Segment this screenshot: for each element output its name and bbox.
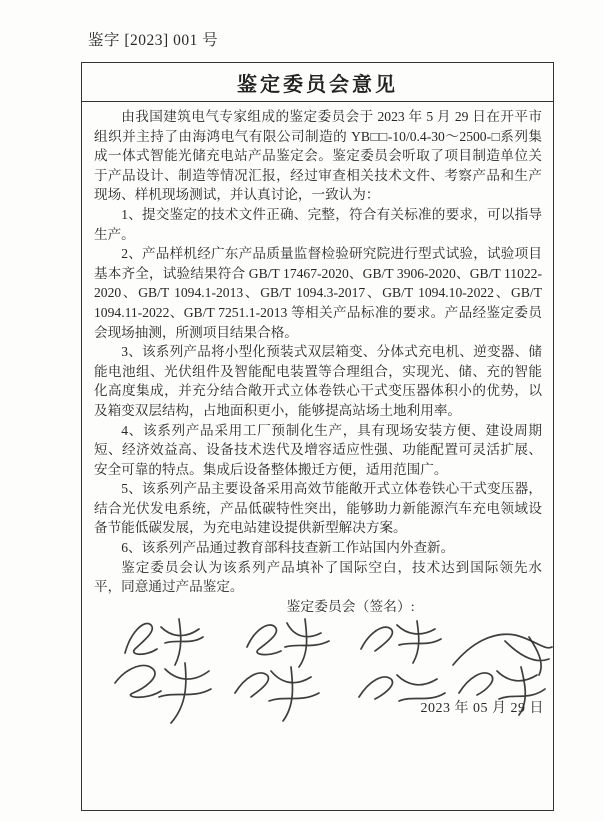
signature-5 bbox=[115, 663, 211, 723]
signature-4 bbox=[453, 634, 552, 675]
paragraph-item-4: 4、该系列产品采用工厂预制化生产，具有现场安装方便、建设周期短、经济效益高、设备… bbox=[94, 421, 542, 480]
paragraph-item-3: 3、该系列产品将小型化预装式双层箱变、分体式充电机、逆变器、储能电池组、光伏组件… bbox=[94, 342, 542, 420]
signature-2 bbox=[247, 619, 329, 667]
paragraph-item-6: 6、该系列产品通过教育部科技查新工作站国内外查新。 bbox=[94, 538, 542, 558]
opinion-table: 鉴定委员会意见 由我国建筑电气专家组成的鉴定委员会于 2023 年 5 月 29… bbox=[81, 62, 554, 811]
signature-6 bbox=[235, 667, 319, 721]
paragraph-intro: 由我国建筑电气专家组成的鉴定委员会于 2023 年 5 月 29 日在开平市组织… bbox=[94, 107, 542, 205]
paragraph-item-2: 2、产品样机经广东产品质量监督检验研究院进行型式试验，试验项目基本齐全，试验结果… bbox=[94, 244, 542, 342]
page-title: 鉴定委员会意见 bbox=[82, 63, 553, 102]
opinion-body: 由我国建筑电气专家组成的鉴定委员会于 2023 年 5 月 29 日在开平市组织… bbox=[82, 102, 553, 616]
signature-3 bbox=[361, 621, 441, 663]
paragraph-item-5: 5、该系列产品主要设备采用高效节能敞开式立体卷铁心干式变压器，结合光伏发电系统，… bbox=[94, 479, 542, 538]
paragraph-conclusion: 鉴定委员会认为该系列产品填补了国际空白，技术达到国际领先水平，同意通过产品鉴定。 bbox=[94, 558, 542, 597]
paragraph-item-1: 1、提交鉴定的技术文件正确、完整，符合有关标准的要求，可以指导生产。 bbox=[94, 205, 542, 244]
signature-date: 2023 年 05 月 29 日 bbox=[421, 697, 545, 717]
document-number: 鉴字 [2023] 001 号 bbox=[88, 28, 218, 50]
signature-1 bbox=[125, 619, 203, 665]
scanned-document-page: 鉴字 [2023] 001 号 鉴定委员会意见 由我国建筑电气专家组成的鉴定委员… bbox=[0, 0, 604, 821]
